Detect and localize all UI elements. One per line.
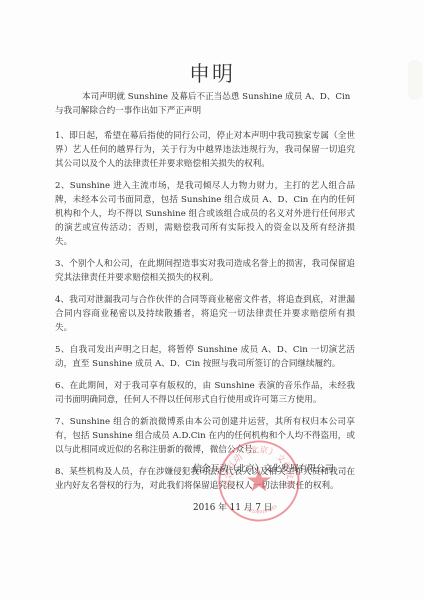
statement-item-3: 3、个别个人和公司，在此期间捏造事实对我司造成名誉上的损害，我司保留追究其法律责… — [55, 257, 355, 285]
statement-item-1: 1、即日起，希望在幕后指使的同行公司，停止对本声明中我司独家专属（全世界）艺人任… — [55, 129, 355, 171]
statement-list: 1、即日起，希望在幕后指使的同行公司，停止对本声明中我司独家专属（全世界）艺人任… — [55, 129, 355, 501]
statement-item-7: 7、Sunshine 组合的新浪微博系由本公司创建并运营，其所有权归本公司享有，… — [55, 415, 355, 457]
document-title: 申明 — [0, 58, 424, 88]
statement-item-6: 6、在此期间，对于我司享有版权的，由 Sunshine 表演的音乐作品，未经我司… — [55, 379, 355, 407]
statement-item-5: 5、自我司发出声明之日起，将暂停 Sunshine 成员 A、D、Cin 一切演… — [55, 343, 355, 371]
document-page: 申明 本司声明就 Sunshine 及幕后不正当怂恿 Sunshine 成员 A… — [0, 0, 424, 600]
signature-company: 信念互动（北京）文化发展有限公司 — [193, 461, 334, 474]
intro-paragraph: 本司声明就 Sunshine 及幕后不正当怂恿 Sunshine 成员 A、D、… — [55, 90, 355, 118]
statement-item-2: 2、Sunshine 进入主流市场，是我司倾尽人力物力财力，主打的艺人组合品牌，… — [55, 179, 355, 249]
signature-date: 2016 年 11 月 7 日 — [193, 500, 273, 513]
statement-item-4: 4、我司对泄漏我司与合作伙伴的合同等商业秘密文件者，将追查到底，对泄漏合同内容商… — [55, 293, 355, 335]
